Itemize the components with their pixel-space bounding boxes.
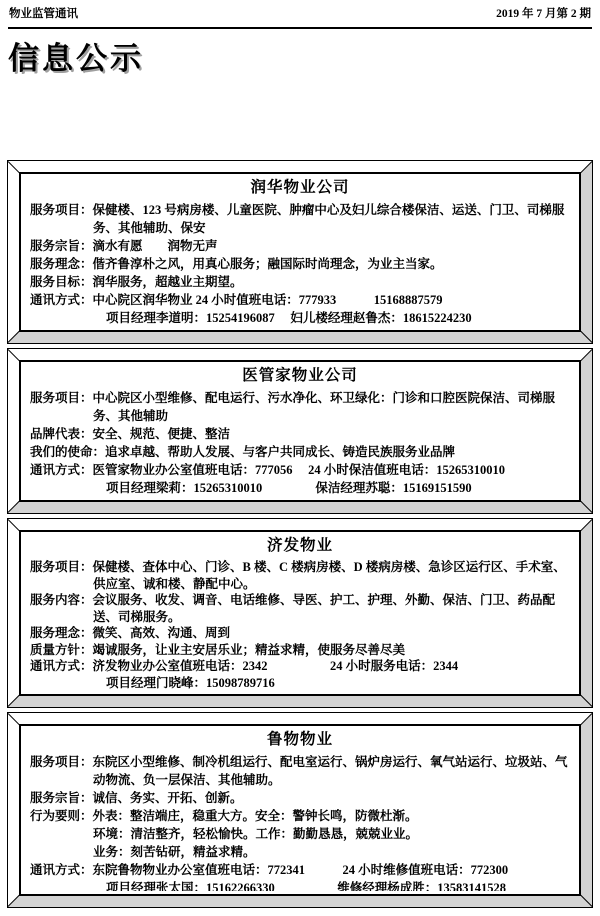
row-service-philosophy: 服务理念：偕齐鲁淳朴之风，用真心服务；融国际时尚理念，为业主当家。 (30, 255, 570, 273)
row-text: 济发物业办公室值班电话：2342 24 小时服务电话：2344 (93, 659, 459, 673)
company-name: 鲁物物业 (30, 729, 570, 751)
company-name: 济发物业 (30, 535, 570, 557)
row-service-items: 服务项目：保健楼、查体中心、门诊、B 楼、C 楼病房楼、D 楼病房楼、急诊区运行… (30, 559, 570, 592)
row-contact-managers: 项目经理李道明：15254196087 妇儿楼经理赵鲁杰：18615224230 (30, 309, 570, 327)
row-text: 微笑、高效、沟通、周到 (93, 626, 231, 640)
row-label: 服务内容： (30, 593, 93, 607)
row-contact: 通讯方式：医管家物业办公室值班电话：777056 24 小时保洁值班电话：152… (30, 461, 570, 479)
row-text: 竭诚服务，让业主安居乐业；精益求精，使服务尽善尽美 (93, 643, 406, 657)
row-service-items: 服务项目：中心院区小型维修、配电运行、污水净化、环卫绿化：门诊和口腔医院保洁、司… (30, 389, 570, 425)
row-label: 服务目标： (30, 275, 93, 289)
row-label: 服务项目： (30, 391, 93, 405)
row-mission: 我们的使命：追求卓越、帮助人发展、与客户共同成长、铸造民族服务业品牌 (30, 443, 570, 461)
row-label: 服务宗旨： (30, 791, 93, 805)
row-service-items: 服务项目：东院区小型维修、制冷机组运行、配电室运行、锅炉房运行、氧气站运行、垃圾… (30, 753, 570, 789)
row-contact: 通讯方式：东院鲁物物业办公室值班电话：772341 24 小时维修值班电话：77… (30, 861, 570, 879)
row-service-goal: 服务目标：润华服务，超越业主期望。 (30, 273, 570, 291)
row-service-motto: 服务宗旨：滴水有愿 润物无声 (30, 237, 570, 255)
row-text: 安全、规范、便捷、整洁 (93, 427, 231, 441)
masthead: 物业监管通讯 2019 年 7 月第 2 期 (8, 0, 592, 29)
row-label: 通讯方式： (30, 293, 93, 307)
company-panel-runhua: 润华物业公司 服务项目：保健楼、123 号病房楼、儿童医院、肿瘤中心及妇儿综合楼… (7, 160, 593, 344)
panel-frame: 济发物业 服务项目：保健楼、查体中心、门诊、B 楼、C 楼病房楼、D 楼病房楼、… (8, 519, 592, 707)
row-brand: 品牌代表：安全、规范、便捷、整洁 (30, 425, 570, 443)
row-text: 会议服务、收发、调音、电话维修、导医、护工、护理、外勤、保洁、门卫、药品配送、司… (93, 593, 556, 624)
masthead-title: 物业监管通讯 (9, 7, 78, 22)
panel-body: 医管家物业公司 服务项目：中心院区小型维修、配电运行、污水净化、环卫绿化：门诊和… (19, 360, 581, 502)
row-service-motto: 服务宗旨：诚信、务实、开拓、创新。 (30, 789, 570, 807)
row-text: 东院区小型维修、制冷机组运行、配电室运行、锅炉房运行、氧气站运行、垃圾站、气动物… (93, 755, 568, 787)
company-name: 润华物业公司 (30, 177, 570, 199)
row-label: 服务理念： (30, 257, 93, 271)
company-name: 医管家物业公司 (30, 365, 570, 387)
row-service-philosophy: 服务理念：微笑、高效、沟通、周到 (30, 625, 570, 642)
row-text: 保健楼、查体中心、门诊、B 楼、C 楼病房楼、D 楼病房楼、急诊区运行区、手术室… (93, 560, 566, 591)
row-text: 中心院区润华物业 24 小时值班电话：777933 15168887579 (93, 293, 443, 307)
row-service-content: 服务内容：会议服务、收发、调音、电话维修、导医、护工、护理、外勤、保洁、门卫、药… (30, 592, 570, 625)
row-text: 保健楼、123 号病房楼、儿童医院、肿瘤中心及妇儿综合楼保洁、运送、门卫、司梯服… (93, 203, 565, 235)
company-panel-jifa: 济发物业 服务项目：保健楼、查体中心、门诊、B 楼、C 楼病房楼、D 楼病房楼、… (7, 518, 593, 708)
row-conduct-rules: 行为要则：外表：整洁端庄，稳重大方。安全：警钟长鸣，防微杜渐。 (30, 807, 570, 825)
row-text: 润华服务，超越业主期望。 (93, 275, 243, 289)
panel-frame: 鲁物物业 服务项目：东院区小型维修、制冷机组运行、配电室运行、锅炉房运行、氧气站… (8, 713, 592, 907)
row-text: 医管家物业办公室值班电话：777056 24 小时保洁值班电话：15265310… (93, 463, 506, 477)
row-label: 服务项目： (30, 203, 93, 217)
company-panel-luwu: 鲁物物业 服务项目：东院区小型维修、制冷机组运行、配电室运行、锅炉房运行、氧气站… (7, 712, 593, 908)
row-text: 追求卓越、帮助人发展、与客户共同成长、铸造民族服务业品牌 (105, 445, 455, 459)
row-label: 通讯方式： (30, 659, 93, 673)
row-conduct-environment: 环境：清洁整齐，轻松愉快。工作：勤勤恳恳，兢兢业业。 (30, 825, 570, 843)
panel-frame: 润华物业公司 服务项目：保健楼、123 号病房楼、儿童医院、肿瘤中心及妇儿综合楼… (8, 161, 592, 343)
panel-frame: 医管家物业公司 服务项目：中心院区小型维修、配电运行、污水净化、环卫绿化：门诊和… (8, 349, 592, 513)
panel-body: 润华物业公司 服务项目：保健楼、123 号病房楼、儿童医院、肿瘤中心及妇儿综合楼… (19, 172, 581, 332)
row-text: 偕齐鲁淳朴之风，用真心服务；融国际时尚理念，为业主当家。 (93, 257, 443, 271)
row-service-items: 服务项目：保健楼、123 号病房楼、儿童医院、肿瘤中心及妇儿综合楼保洁、运送、门… (30, 201, 570, 237)
issue-label: 2019 年 7 月第 2 期 (496, 7, 591, 22)
row-label: 服务项目： (30, 560, 93, 574)
row-label: 通讯方式： (30, 863, 93, 877)
row-text: 诚信、务实、开拓、创新。 (93, 791, 243, 805)
row-text: 东院鲁物物业办公室值班电话：772341 24 小时维修值班电话：772300 (93, 863, 509, 877)
row-label: 质量方针： (30, 643, 93, 657)
newsletter-page: 物业监管通讯 2019 年 7 月第 2 期 信息公示 润华物业公司 服务项目：… (0, 0, 600, 916)
row-contact-managers: 项目经理门晓峰：15098789716 (30, 675, 570, 692)
row-contact: 通讯方式：中心院区润华物业 24 小时值班电话：777933 151688875… (30, 291, 570, 309)
row-label: 服务理念： (30, 626, 93, 640)
row-text: 外表：整洁端庄，稳重大方。安全：警钟长鸣，防微杜渐。 (93, 809, 418, 823)
row-label: 服务宗旨： (30, 239, 93, 253)
row-contact-managers: 项目经理梁莉：15265310010 保洁经理苏聪：15169151590 (30, 479, 570, 497)
panel-body: 济发物业 服务项目：保健楼、查体中心、门诊、B 楼、C 楼病房楼、D 楼病房楼、… (19, 530, 581, 696)
row-label: 服务项目： (30, 755, 93, 769)
row-label: 通讯方式： (30, 463, 93, 477)
row-label: 行为要则： (30, 809, 93, 823)
row-quality-policy: 质量方针：竭诚服务，让业主安居乐业；精益求精，使服务尽善尽美 (30, 642, 570, 659)
row-label: 我们的使命： (30, 445, 105, 459)
company-panel-yiguanjia: 医管家物业公司 服务项目：中心院区小型维修、配电运行、污水净化、环卫绿化：门诊和… (7, 348, 593, 514)
row-contact: 通讯方式：济发物业办公室值班电话：2342 24 小时服务电话：2344 (30, 658, 570, 675)
page-title: 信息公示 (8, 39, 592, 79)
row-contact-managers-clipped: 项目经理张太国：15162266330 维修经理杨成胜：13583141528 (30, 879, 570, 891)
row-label: 品牌代表： (30, 427, 93, 441)
row-text: 中心院区小型维修、配电运行、污水净化、环卫绿化：门诊和口腔医院保洁、司梯服务、其… (93, 391, 556, 423)
row-text: 滴水有愿 润物无声 (93, 239, 218, 253)
panel-body: 鲁物物业 服务项目：东院区小型维修、制冷机组运行、配电室运行、锅炉房运行、氧气站… (19, 724, 581, 896)
row-conduct-business: 业务：刻苦钻研，精益求精。 (30, 843, 570, 861)
panel-list: 润华物业公司 服务项目：保健楼、123 号病房楼、儿童医院、肿瘤中心及妇儿综合楼… (0, 160, 600, 908)
